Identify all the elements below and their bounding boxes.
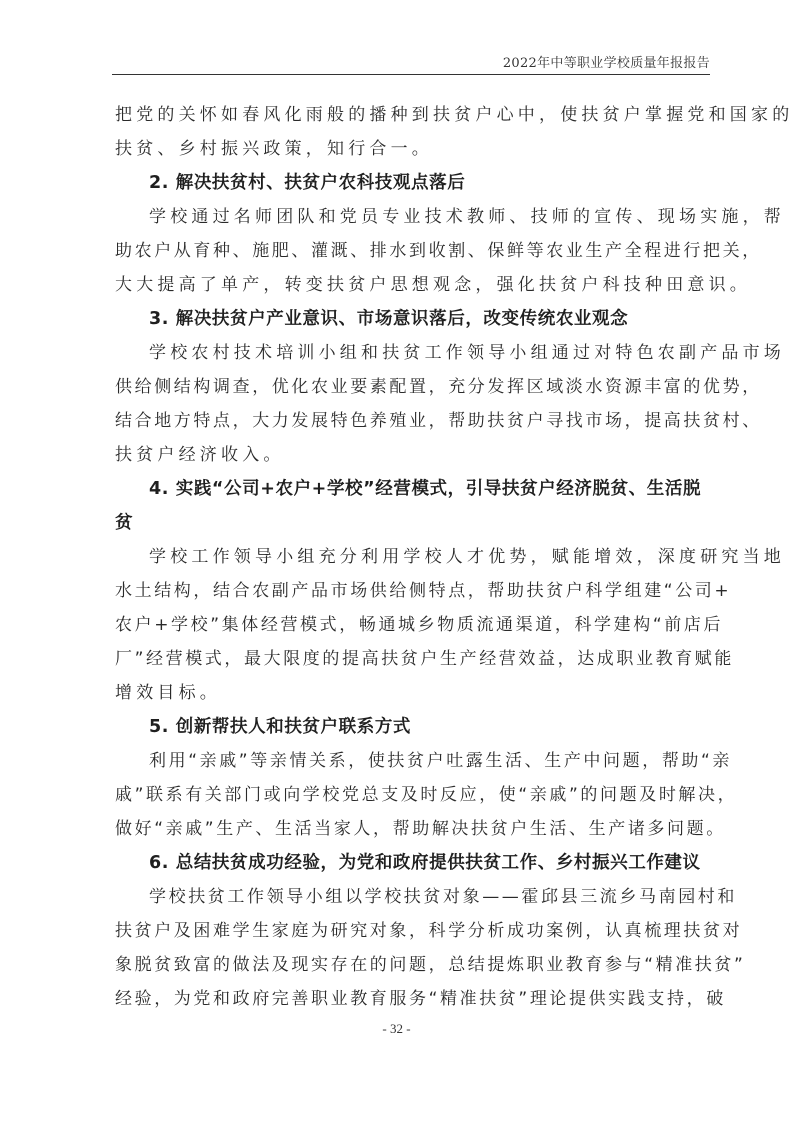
body-line: 厂”经营模式，最大限度的提高扶贫户生产经营效益，达成职业教育赋能 (115, 642, 715, 676)
body-line: 大大提高了单产，转变扶贫户思想观念，强化扶贫户科技种田意识。 (115, 268, 715, 302)
body-line: 学校农村技术培训小组和扶贫工作领导小组通过对特色农副产品市场 (115, 336, 715, 370)
body-line: 象脱贫致富的做法及现实存在的问题，总结提炼职业教育参与“精准扶贫” (115, 948, 715, 982)
section-heading-5: 5. 创新帮扶人和扶贫户联系方式 (115, 710, 715, 744)
body-line: 扶贫、乡村振兴政策，知行合一。 (115, 132, 715, 166)
body-line: 农户+学校”集体经营模式，畅通城乡物质流通渠道，科学建构“前店后 (115, 608, 715, 642)
body-line: 做好“亲戚”生产、生活当家人，帮助解决扶贫户生活、生产诸多问题。 (115, 812, 715, 846)
page-number: - 32 - (0, 1021, 793, 1037)
body-line: 扶贫户及困难学生家庭为研究对象，科学分析成功案例，认真梳理扶贫对 (115, 914, 715, 948)
section-heading-2: 2. 解决扶贫村、扶贫户农科技观点落后 (115, 166, 715, 200)
section-heading-3: 3. 解决扶贫户产业意识、市场意识落后，改变传统农业观念 (115, 302, 715, 336)
body-line: 学校扶贫工作领导小组以学校扶贫对象——霍邱县三流乡马南园村和 (115, 880, 715, 914)
body-line: 增效目标。 (115, 676, 715, 710)
body-line: 扶贫户经济收入。 (115, 438, 715, 472)
body-line: 把党的关怀如春风化雨般的播种到扶贫户心中，使扶贫户掌握党和国家的 (115, 98, 715, 132)
body-line: 供给侧结构调查，优化农业要素配置，充分发挥区域淡水资源丰富的优势， (115, 370, 715, 404)
body-line: 利用“亲戚”等亲情关系，使扶贫户吐露生活、生产中问题，帮助“亲 (115, 744, 715, 778)
body-line: 水土结构，结合农副产品市场供给侧特点，帮助扶贫户科学组建“公司+ (115, 574, 715, 608)
section-heading-4-continued: 贫 (115, 506, 715, 540)
body-line: 经验，为党和政府完善职业教育服务“精准扶贫”理论提供实践支持，破 (115, 982, 715, 1016)
page-header: 2022年中等职业学校质量年报报告 (112, 44, 710, 75)
body-line: 结合地方特点，大力发展特色养殖业，帮助扶贫户寻找市场，提高扶贫村、 (115, 404, 715, 438)
header-title: 2022年中等职业学校质量年报报告 (503, 52, 710, 71)
section-heading-4: 4. 实践“公司+农户+学校”经营模式，引导扶贫户经济脱贫、生活脱 (115, 472, 715, 506)
section-heading-6: 6. 总结扶贫成功经验，为党和政府提供扶贫工作、乡村振兴工作建议 (115, 846, 715, 880)
document-page: 2022年中等职业学校质量年报报告 把党的关怀如春风化雨般的播种到扶贫户心中，使… (0, 0, 793, 1122)
body-line: 学校工作领导小组充分利用学校人才优势，赋能增效，深度研究当地 (115, 540, 715, 574)
body-line: 戚”联系有关部门或向学校党总支及时反应，使“亲戚”的问题及时解决， (115, 778, 715, 812)
page-body: 把党的关怀如春风化雨般的播种到扶贫户心中，使扶贫户掌握党和国家的 扶贫、乡村振兴… (115, 98, 715, 1016)
body-line: 学校通过名师团队和党员专业技术教师、技师的宣传、现场实施，帮 (115, 200, 715, 234)
body-line: 助农户从育种、施肥、灌溉、排水到收割、保鲜等农业生产全程进行把关， (115, 234, 715, 268)
